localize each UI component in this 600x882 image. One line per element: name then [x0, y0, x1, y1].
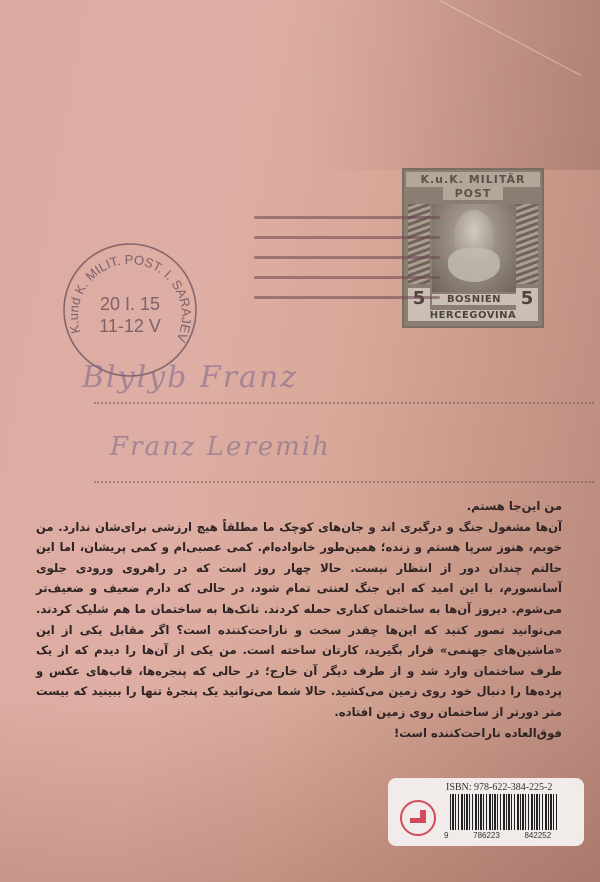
text-paragraph-opening: من این‌جا هستم. — [36, 496, 562, 517]
text-paragraph-main: آن‌ها مشغول جنگ و درگیری اند و جان‌های ک… — [36, 517, 562, 723]
stamp-value-right: 5 — [516, 288, 538, 310]
cancel-line — [254, 256, 440, 259]
barcode-digits: 9 786223 842252 — [444, 831, 551, 840]
publisher-logo-icon — [400, 800, 436, 836]
isbn-barcode-card: ISBN: 978-622-384-225-2 9 786223 842252 — [388, 778, 584, 846]
stamp-portrait — [432, 204, 516, 292]
cancel-line — [254, 236, 440, 239]
stamp-post-text: POST — [443, 187, 503, 200]
dotted-address-line — [94, 481, 594, 483]
cancel-line — [254, 216, 440, 219]
cancel-line — [254, 296, 440, 299]
isbn-text: ISBN: 978-622-384-225-2 — [446, 782, 552, 793]
stamp-ornament-right — [516, 204, 538, 284]
postmark: K.und K. MILIT. POST. I. SARAJEVO 20 I. … — [60, 240, 200, 380]
handwritten-address-line2: Franz Leremih — [110, 432, 331, 462]
text-paragraph-closing: فوق‌العاده ناراحت‌کننده است! — [36, 723, 562, 744]
cancel-line — [254, 276, 440, 279]
handwritten-address-line1: Blylyb Franz — [82, 360, 298, 395]
postmark-time: 11-12 V — [99, 316, 161, 336]
portrait-beard — [448, 248, 500, 282]
postmark-graphic: K.und K. MILIT. POST. I. SARAJEVO 20 I. … — [60, 240, 200, 380]
barcode-icon — [450, 794, 558, 830]
postmark-date: 20 I. 15 — [100, 294, 160, 314]
stamp-top-text: K.u.K. MILITÄR — [406, 172, 540, 187]
cancellation-lines — [254, 216, 440, 316]
back-cover-text: من این‌جا هستم. آن‌ها مشغول جنگ و درگیری… — [36, 496, 562, 743]
dotted-address-line — [94, 402, 594, 404]
stamp-country-line1: BOSNIEN — [432, 294, 516, 305]
